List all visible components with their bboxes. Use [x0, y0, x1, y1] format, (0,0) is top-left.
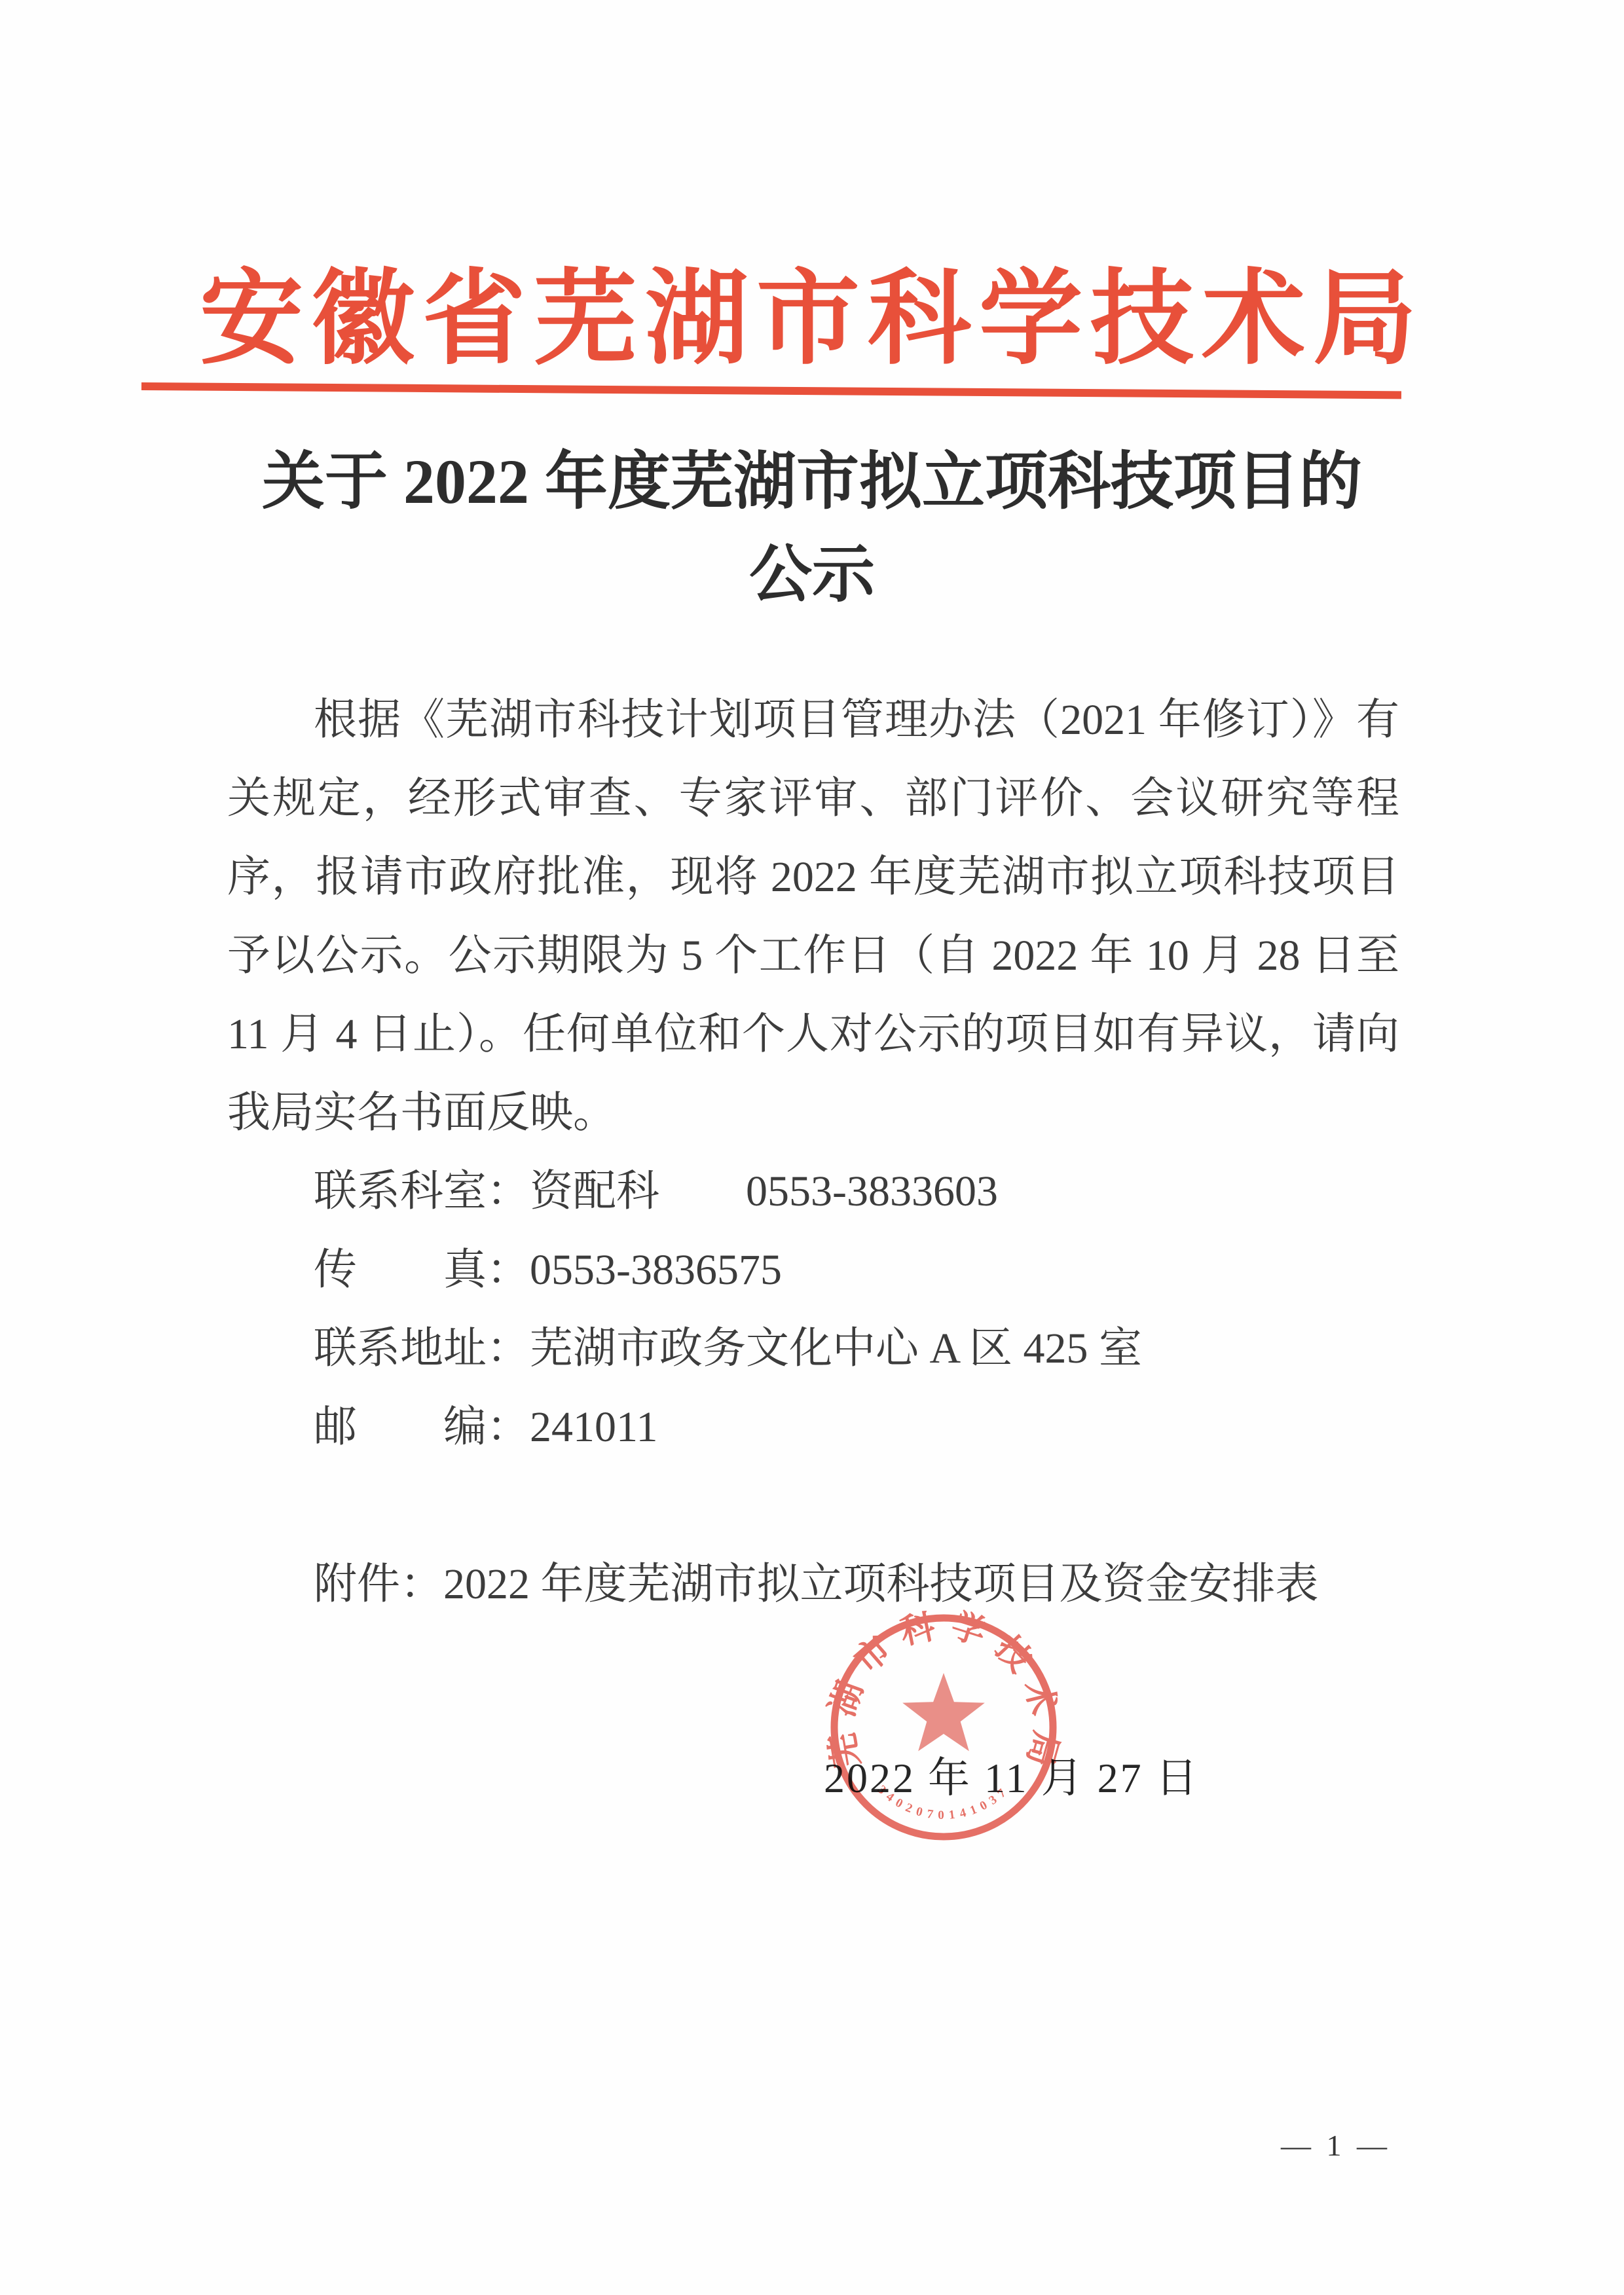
contact-line-department: 联系科室：资配科 0553-3833603: [227, 1152, 1399, 1231]
letterhead-rule: [141, 382, 1401, 399]
contact-line-fax: 传 真：0553-3836575: [227, 1231, 1399, 1310]
document-body: 根据《芜湖市科技计划项目管理办法（2021 年修订）》有关规定，经形式审查、专家…: [227, 681, 1399, 1624]
seal-star-icon: [902, 1673, 985, 1751]
contact-line-address: 联系地址：芜湖市政务文化中心 A 区 425 室: [227, 1310, 1399, 1388]
seal-code-text: 3402070141037: [875, 1783, 1013, 1822]
page-number: — 1 —: [1281, 2128, 1391, 2163]
document-page: 安徽省芜湖市科学技术局 关于 2022 年度芜湖市拟立项科技项目的 公示 根据《…: [0, 0, 1624, 2295]
official-seal: 芜湖市科学技术局 3402070141037: [806, 1590, 1081, 1865]
document-title-line2: 公示: [0, 528, 1624, 621]
body-paragraph: 根据《芜湖市科技计划项目管理办法（2021 年修订）》有关规定，经形式审查、专家…: [227, 681, 1399, 1152]
letterhead-title: 安徽省芜湖市科学技术局: [0, 236, 1624, 384]
document-title: 关于 2022 年度芜湖市拟立项科技项目的 公示: [0, 435, 1624, 621]
document-title-line1: 关于 2022 年度芜湖市拟立项科技项目的: [0, 435, 1624, 528]
contact-line-zipcode: 邮 编：241011: [227, 1388, 1399, 1467]
